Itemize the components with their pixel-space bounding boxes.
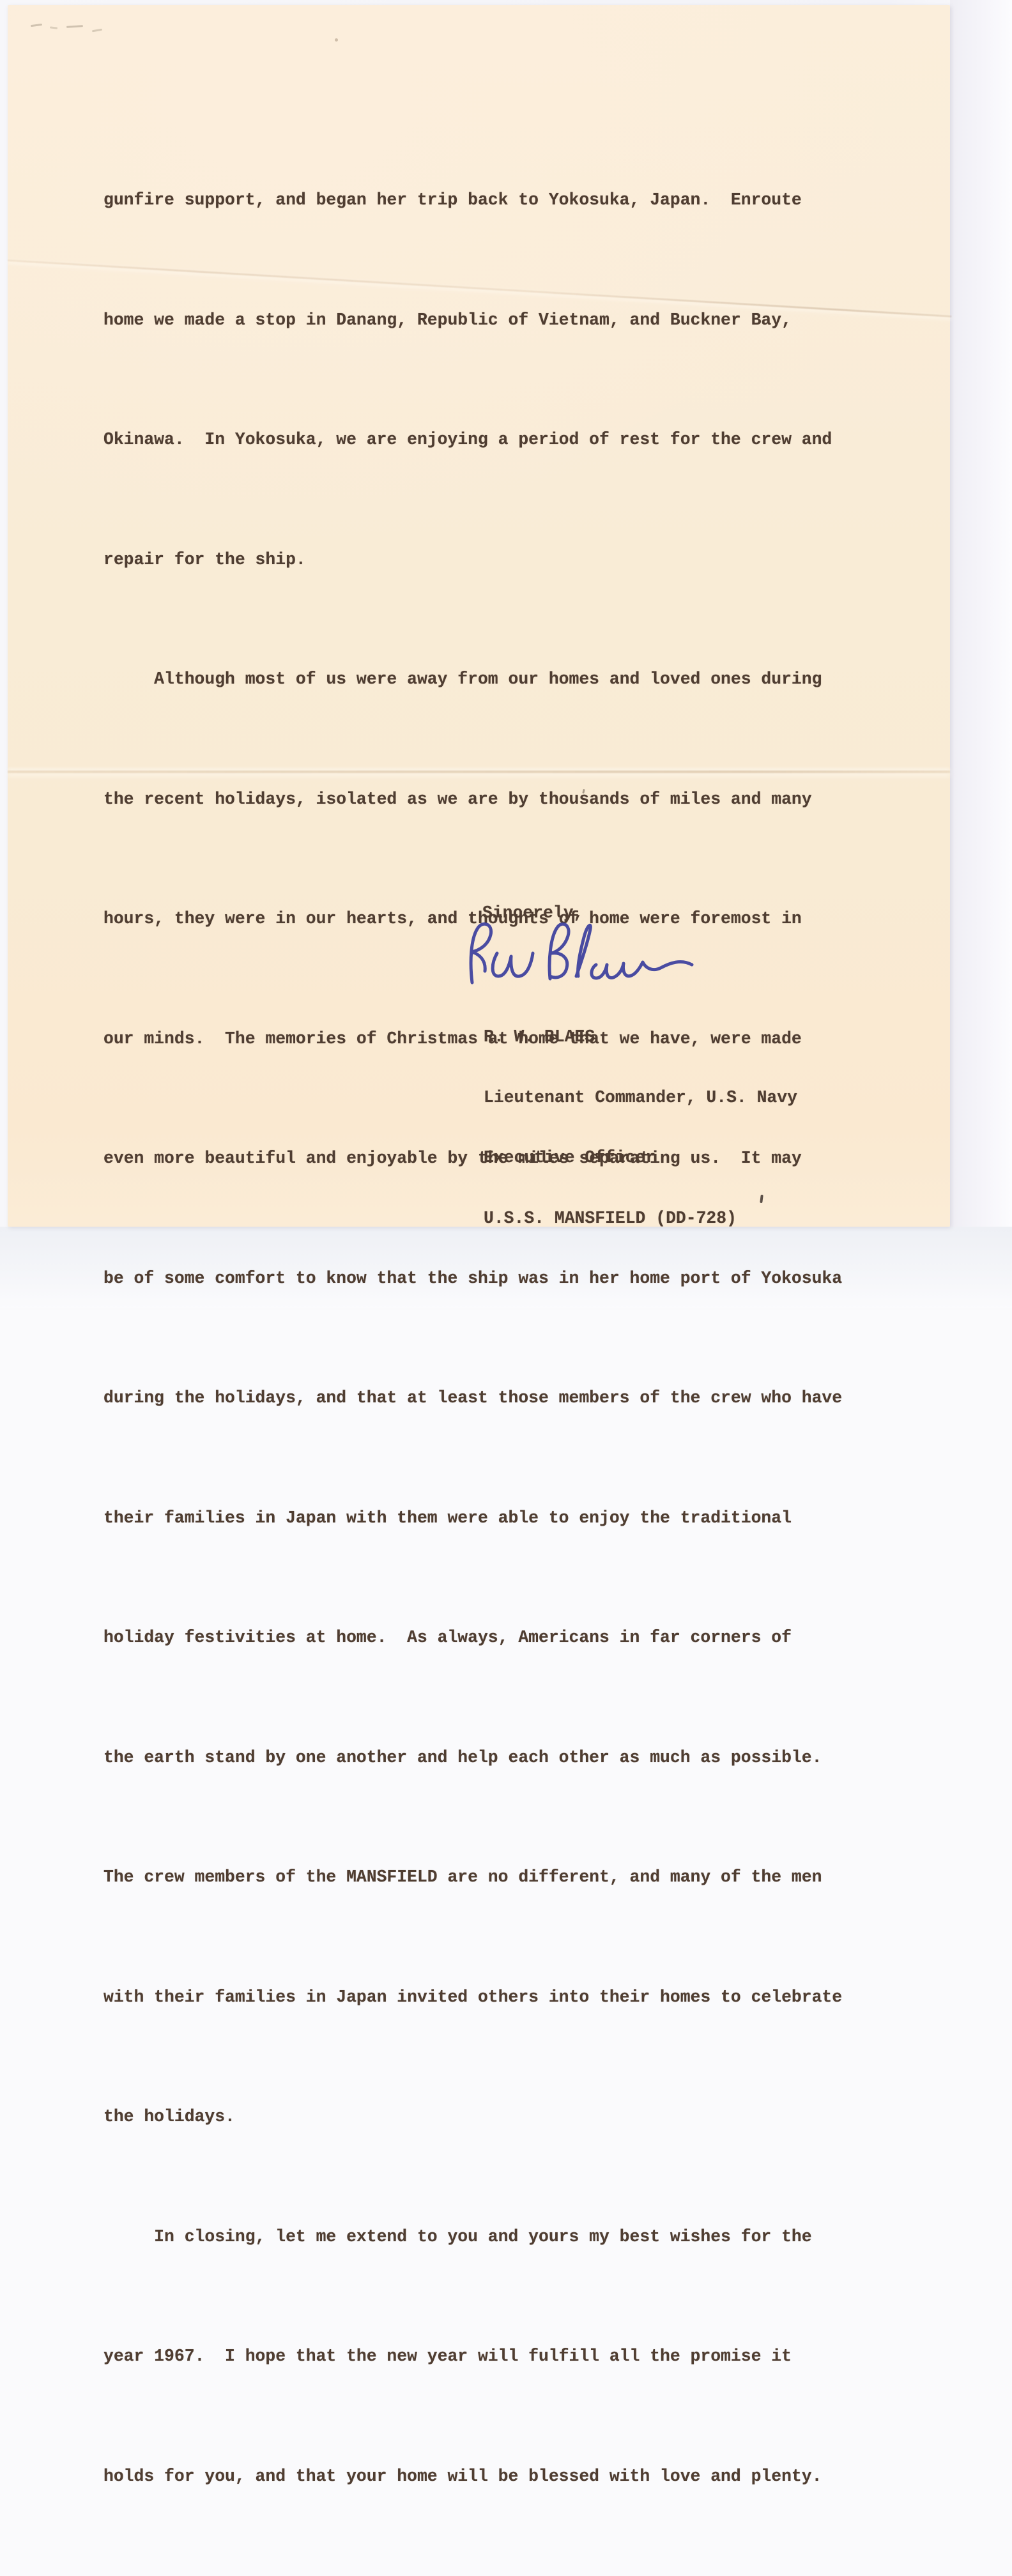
letter-page: gunfire support, and began her trip back… bbox=[8, 5, 950, 1227]
letter-line: Although most of us were away from our h… bbox=[103, 659, 877, 700]
letter-line: home we made a stop in Danang, Republic … bbox=[103, 300, 877, 341]
pencil-mark bbox=[31, 24, 42, 27]
scanner-margin-right bbox=[950, 0, 1012, 1308]
pencil-mark bbox=[50, 26, 57, 29]
handwritten-signature bbox=[461, 920, 699, 992]
pencil-mark bbox=[66, 25, 83, 28]
signature-block: R. W. BLAES Lieutenant Commander, U.S. N… bbox=[484, 987, 797, 1269]
pencil-mark bbox=[92, 29, 102, 33]
letter-line: gunfire support, and began her trip back… bbox=[103, 180, 877, 220]
letter-line: repair for the ship. bbox=[103, 540, 877, 580]
signer-name: R. W. BLAES bbox=[484, 1027, 797, 1048]
scanner-background: gunfire support, and began her trip back… bbox=[0, 0, 1012, 1308]
signer-title: Executive Officer bbox=[484, 1148, 797, 1169]
signer-ship: U.S.S. MANSFIELD (DD-728) bbox=[484, 1209, 797, 1229]
letter-line: Okinawa. In Yokosuka, we are enjoying a … bbox=[103, 420, 877, 460]
letter-line: the recent holidays, isolated as we are … bbox=[103, 779, 877, 820]
ink-speck bbox=[335, 38, 338, 42]
signer-rank: Lieutenant Commander, U.S. Navy bbox=[484, 1088, 797, 1108]
